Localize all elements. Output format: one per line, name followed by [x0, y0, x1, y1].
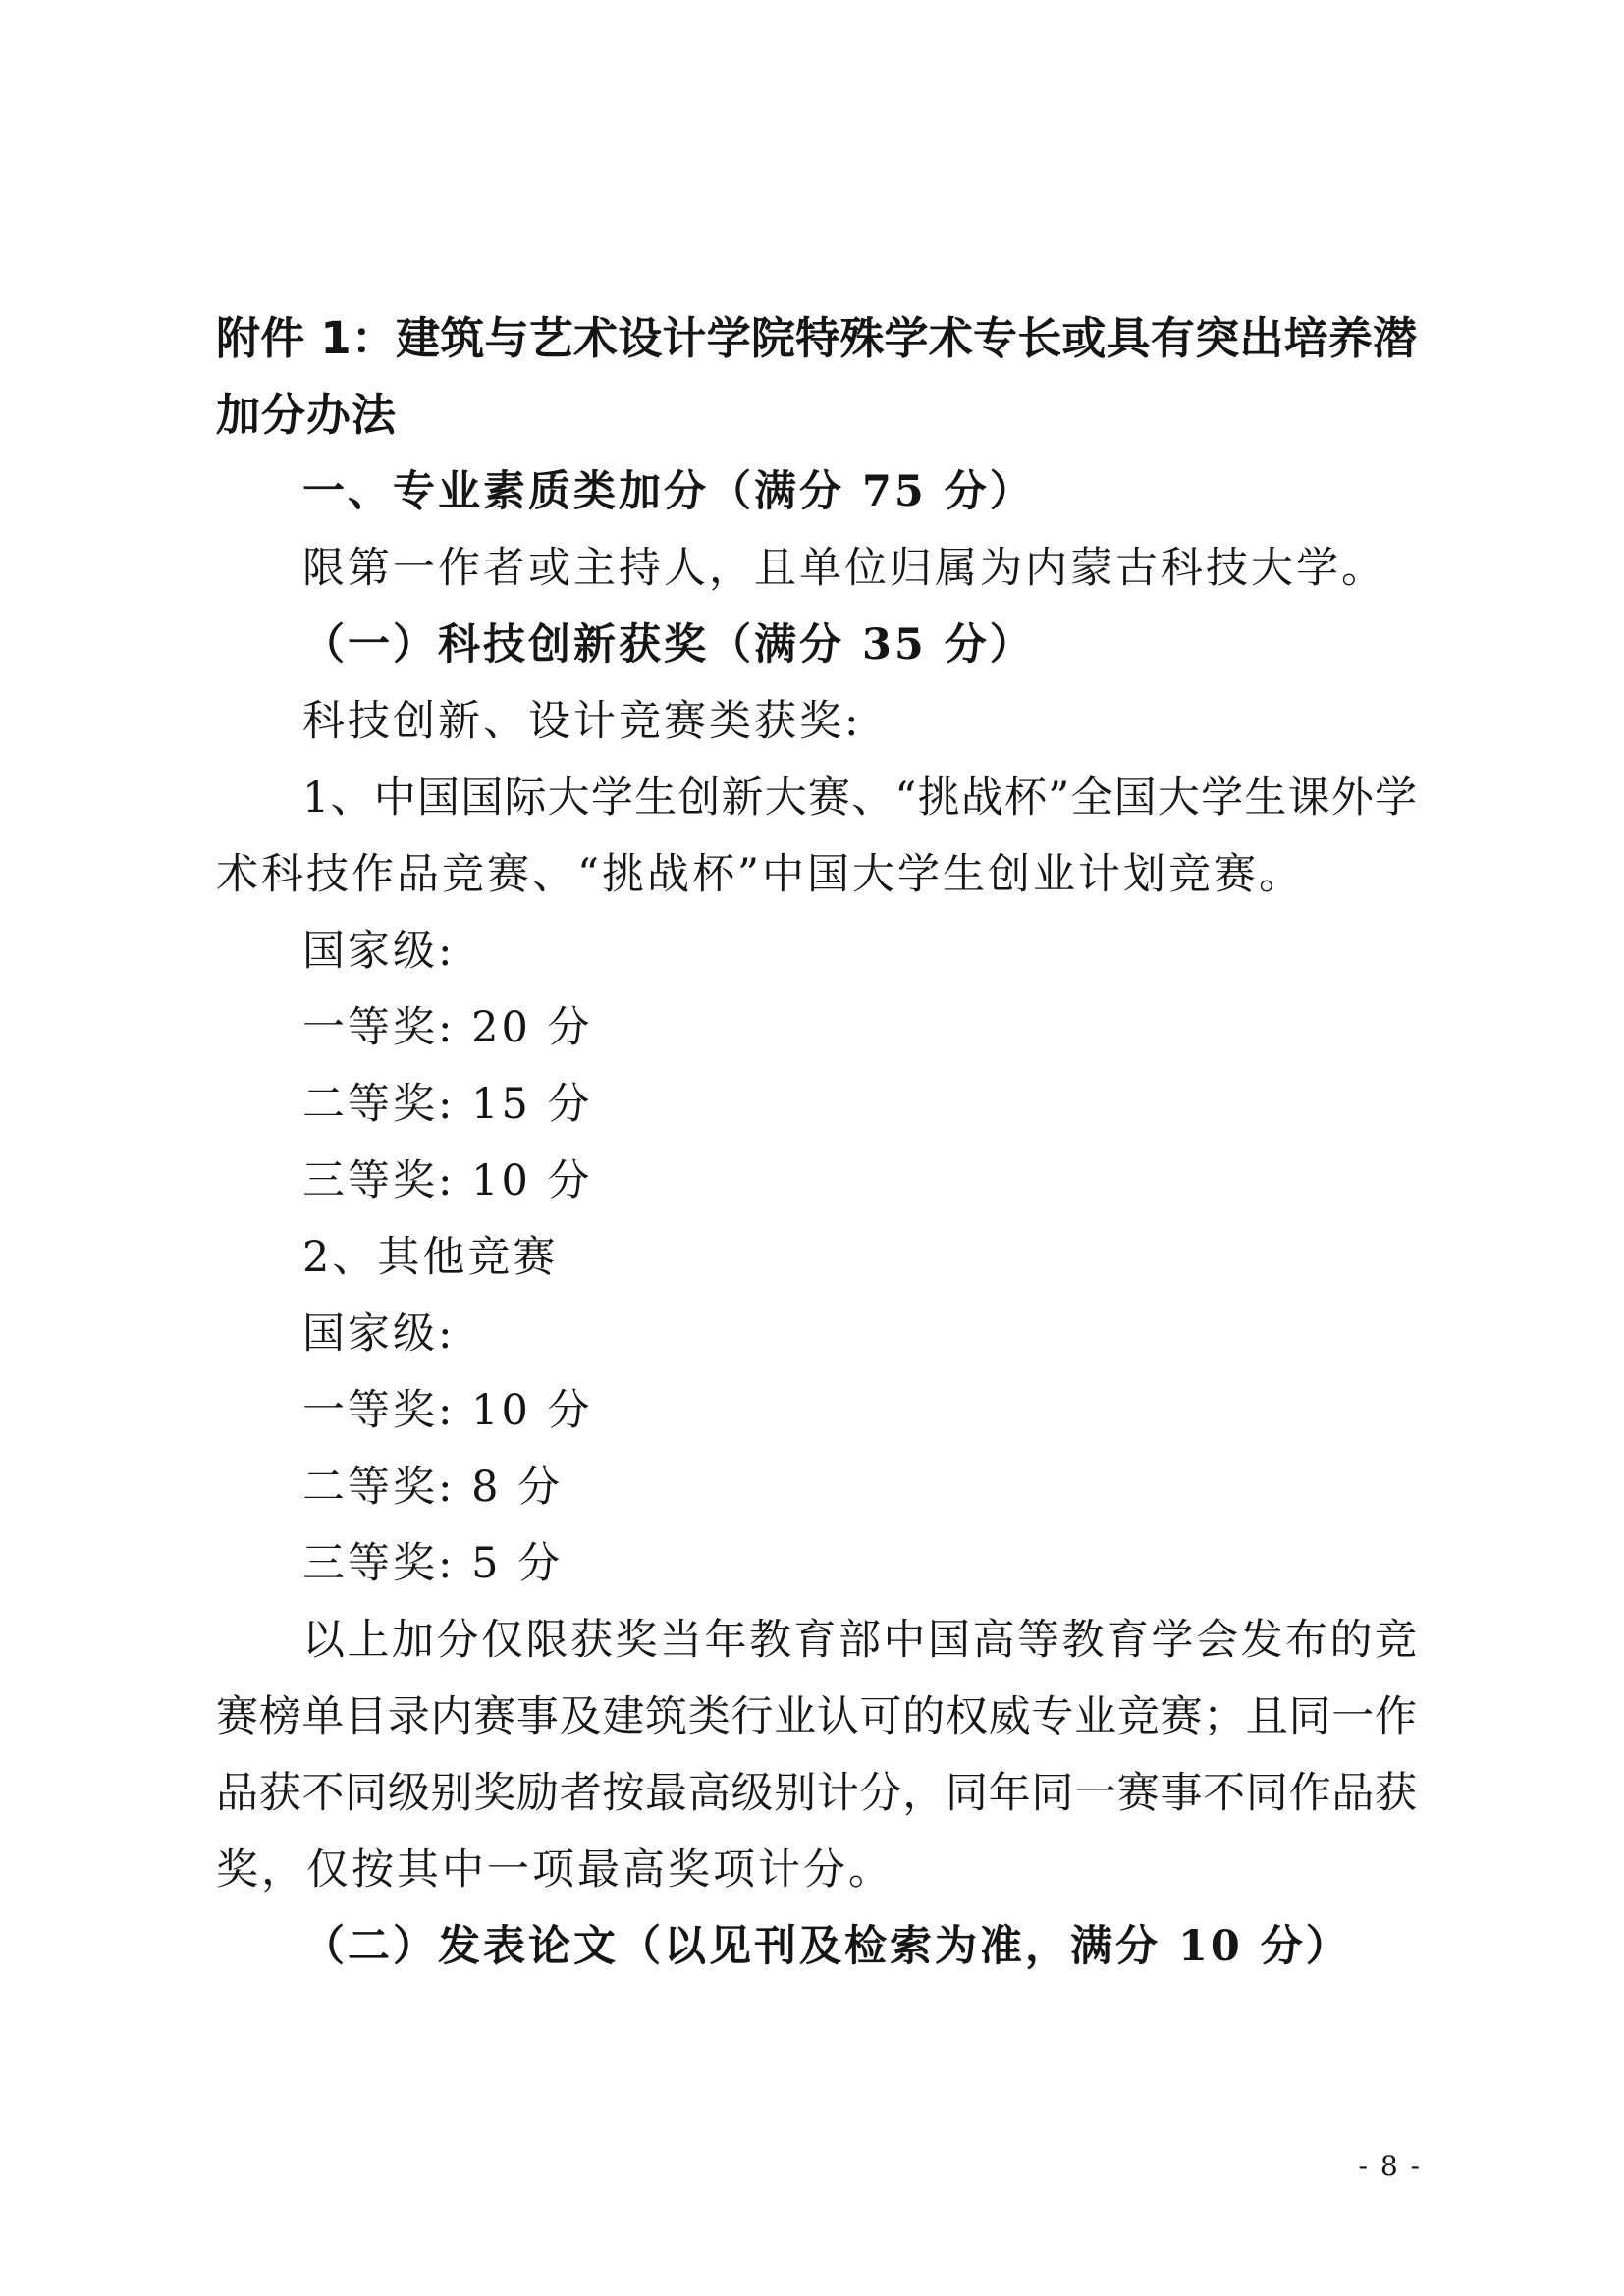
para-scoring-rule-line-2: 赛榜单目录内赛事及建筑类行业认可的权威专业竞赛；且同一作 [216, 1679, 1417, 1755]
item-third-prize-5: 三等奖: 5 分 [216, 1525, 1417, 1602]
para-scoring-rule-line-1: 以上加分仅限获奖当年教育部中国高等教育学会发布的竞 [216, 1602, 1417, 1679]
label-national-level-1: 国家级: [216, 913, 1417, 989]
para-competition-list-line-1: 1、中国国际大学生创新大赛、“挑战杯”全国大学生课外学 [216, 760, 1417, 836]
para-competition-list-line-2: 术科技作品竞赛、“挑战杯”中国大学生创业计划竞赛。 [216, 836, 1417, 913]
subsection-1-heading-tech-innovation-award: （一）科技创新获奖（满分 35 分） [216, 607, 1417, 683]
document-body: 附件 1：建筑与艺术设计学院特殊学术专长或具有突出培养潜质 加分办法 一、专业素… [216, 300, 1417, 1985]
para-first-author-rule: 限第一作者或主持人，且单位归属为内蒙古科技大学。 [216, 530, 1417, 607]
item-third-prize-10: 三等奖: 10 分 [216, 1143, 1417, 1219]
para-scoring-rule-line-4: 奖，仅按其中一项最高奖项计分。 [216, 1832, 1417, 1908]
attachment-title-line-2: 加分办法 [216, 377, 1417, 454]
para-scoring-rule-line-3: 品获不同级别奖励者按最高级别计分，同年同一赛事不同作品获 [216, 1755, 1417, 1832]
item-first-prize-20: 一等奖: 20 分 [216, 989, 1417, 1066]
para-award-category-label: 科技创新、设计竞赛类获奖: [216, 683, 1417, 760]
item-second-prize-8: 二等奖: 8 分 [216, 1449, 1417, 1525]
subsection-2-heading-publish-paper: （二）发表论文（以见刊及检索为准，满分 10 分） [216, 1908, 1417, 1985]
document-page: 附件 1：建筑与艺术设计学院特殊学术专长或具有突出培养潜质 加分办法 一、专业素… [0, 0, 1624, 2296]
attachment-title-line-1: 附件 1：建筑与艺术设计学院特殊学术专长或具有突出培养潜质 [216, 300, 1417, 377]
page-number: - 8 - [1358, 2150, 1422, 2182]
section-1-heading: 一、专业素质类加分（满分 75 分） [216, 454, 1417, 530]
item-other-competitions-heading: 2、其他竞赛 [216, 1219, 1417, 1296]
label-national-level-2: 国家级: [216, 1296, 1417, 1372]
item-second-prize-15: 二等奖: 15 分 [216, 1066, 1417, 1143]
item-first-prize-10: 一等奖: 10 分 [216, 1372, 1417, 1449]
